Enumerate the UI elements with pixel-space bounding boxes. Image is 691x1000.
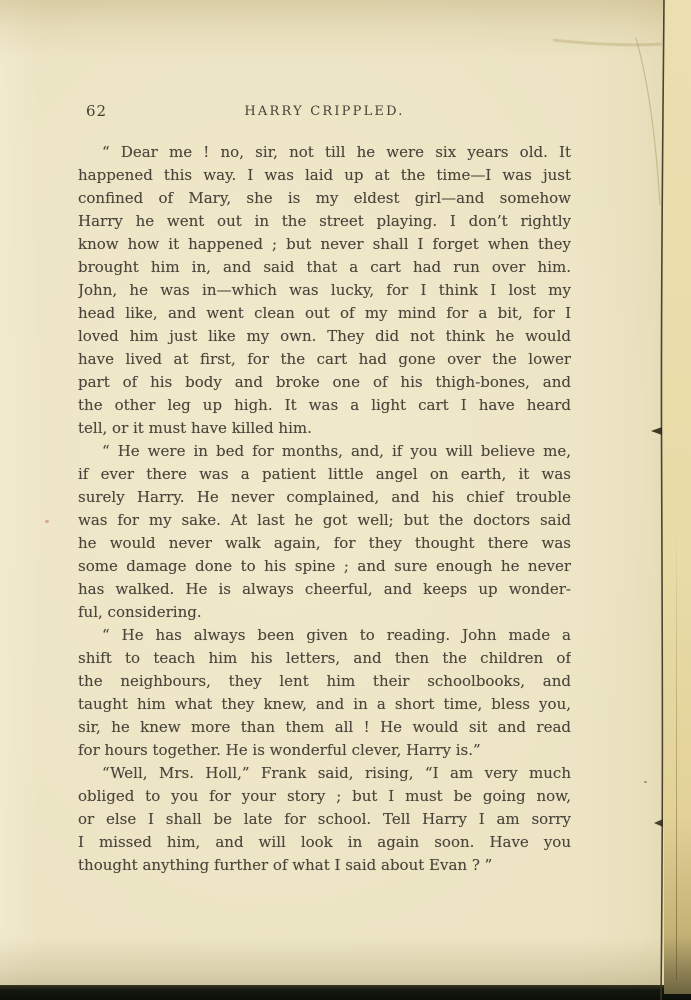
text-line: “ He has always been given to reading. J… bbox=[78, 624, 571, 647]
text-line: was for my sake. At last he got well; bu… bbox=[78, 509, 571, 532]
text-line: has walked. He is always cheerful, and k… bbox=[78, 578, 571, 601]
text-line: thought anything further of what I said … bbox=[78, 854, 571, 877]
text-line: tell, or it must have killed him. bbox=[78, 417, 571, 440]
text-line: “Well, Mrs. Holl,” Frank said, rising, “… bbox=[78, 762, 571, 785]
text-line: shift to teach him his letters, and then… bbox=[78, 647, 571, 670]
text-line: “ He were in bed for months, and, if you… bbox=[78, 440, 571, 463]
paper-blemish bbox=[45, 520, 49, 523]
paper-fold-shadow bbox=[553, 40, 662, 45]
text-line: sir, he knew more than them all ! He wou… bbox=[78, 716, 571, 739]
paragraph: “ He has always been given to reading. J… bbox=[78, 624, 571, 762]
text-line: Harry he went out in the street playing.… bbox=[78, 210, 571, 233]
page-number: 62 bbox=[86, 102, 107, 120]
text-line: happened this way. I was laid up at the … bbox=[78, 164, 571, 187]
text-line: “ Dear me ! no, sir, not till he were si… bbox=[78, 141, 571, 164]
paragraph: “ He were in bed for months, and, if you… bbox=[78, 440, 571, 624]
paragraph: “Well, Mrs. Holl,” Frank said, rising, “… bbox=[78, 762, 571, 877]
paper-crease bbox=[636, 38, 660, 205]
text-line: he would never walk again, for they thou… bbox=[78, 532, 571, 555]
text-line: taught him what they knew, and in a shor… bbox=[78, 693, 571, 716]
text-line: loved him just like my own. They did not… bbox=[78, 325, 571, 348]
text-line: know how it happened ; but never shall I… bbox=[78, 233, 571, 256]
text-line: the other leg up high. It was a light ca… bbox=[78, 394, 571, 417]
page-bottom-shadow bbox=[0, 940, 660, 985]
text-line: have lived at first, for the cart had go… bbox=[78, 348, 571, 371]
text-line: the neighbours, they lent him their scho… bbox=[78, 670, 571, 693]
text-line: obliged to you for your story ; but I mu… bbox=[78, 785, 571, 808]
text-line: or else I shall be late for school. Tell… bbox=[78, 808, 571, 831]
page-text: “ Dear me ! no, sir, not till he were si… bbox=[78, 141, 571, 877]
text-line: John, he was in—which was lucky, for I t… bbox=[78, 279, 571, 302]
text-line: for hours together. He is wonderful clev… bbox=[78, 739, 571, 762]
text-line: if ever there was a patient little angel… bbox=[78, 463, 571, 486]
page-edge-notch bbox=[651, 427, 662, 435]
page-edge-notch bbox=[654, 819, 663, 827]
text-line: I missed him, and will look in again soo… bbox=[78, 831, 571, 854]
text-line: confined of Mary, she is my eldest girl—… bbox=[78, 187, 571, 210]
paragraph: “ Dear me ! no, sir, not till he were si… bbox=[78, 141, 571, 440]
scanned-book-page: 62 HARRY CRIPPLED. “ Dear me ! no, sir, … bbox=[0, 0, 691, 1000]
page-edge-streak bbox=[676, 520, 677, 980]
paper-blemish bbox=[644, 781, 647, 783]
text-line: surely Harry. He never complained, and h… bbox=[78, 486, 571, 509]
text-line: ful, considering. bbox=[78, 601, 571, 624]
text-line: part of his body and broke one of his th… bbox=[78, 371, 571, 394]
text-line: brought him in, and said that a cart had… bbox=[78, 256, 571, 279]
text-line: head like, and went clean out of my mind… bbox=[78, 302, 571, 325]
book-page-edge bbox=[664, 0, 691, 994]
text-line: some damage done to his spine ; and sure… bbox=[78, 555, 571, 578]
chapter-running-title: HARRY CRIPPLED. bbox=[78, 102, 571, 119]
running-head: 62 HARRY CRIPPLED. bbox=[78, 102, 571, 122]
scan-background-strip bbox=[0, 985, 691, 1000]
